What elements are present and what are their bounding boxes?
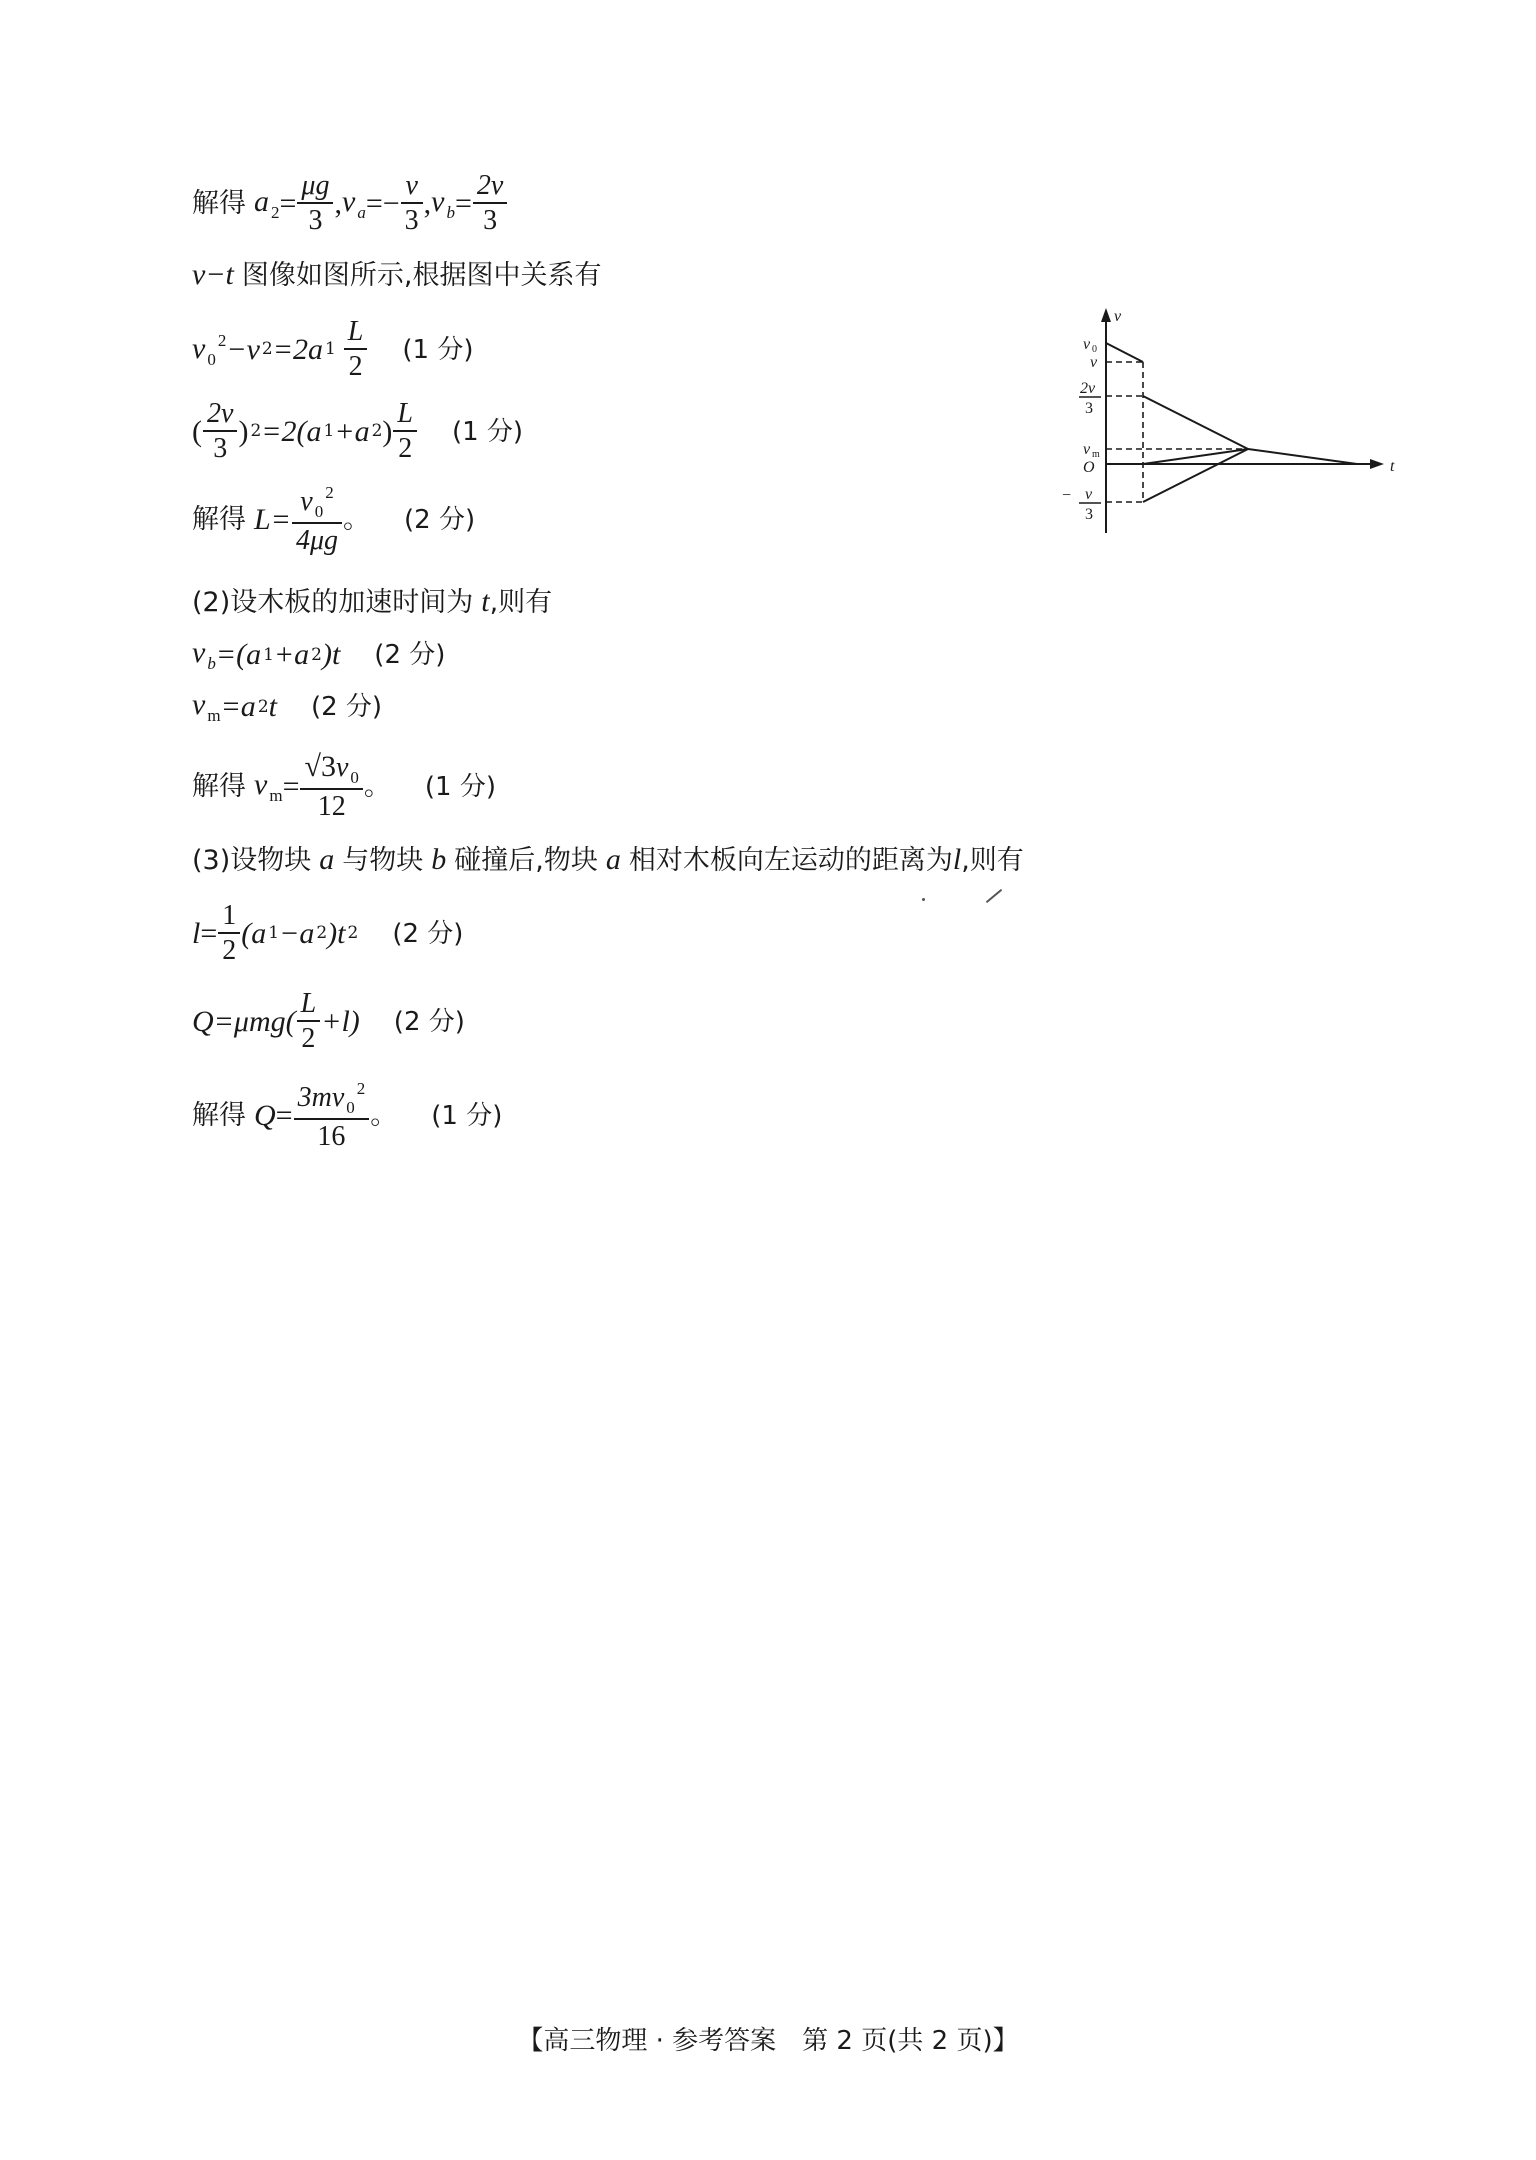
result-Q: 解得 Q = 3mv0216 。 (1 分) [192,1080,502,1151]
svg-text:2v: 2v [1080,380,1096,397]
label-solve: 解得 [192,190,246,217]
score-badge: (1 分) [425,774,496,800]
equation-l: l = 12 (a1 −a2 )t2 (2 分) [192,902,463,965]
v-axis-arrow-icon [1101,308,1111,322]
equation-Q: Q =μmg( L2 +l) (2 分) [192,990,465,1053]
fraction-2v-3: 2v3 [475,172,505,235]
equation-2: ( 2v3 )2 =2(a1 +a2 ) L2 (1 分) [192,400,523,463]
svg-text:v: v [1085,486,1093,503]
fraction-mug-3: μg3 [299,172,331,235]
fraction-v-3: v3 [403,172,421,235]
svg-text:v: v [1083,336,1091,353]
score-badge: (1 分) [452,419,523,445]
vb-symbol: vb [431,187,455,221]
svg-text:3: 3 [1085,400,1093,417]
t-axis-arrow-icon [1370,459,1384,469]
vt-graph-intro: v−t 图像如图所示,根据图中关系有 [192,260,602,290]
svg-text:t: t [1390,458,1395,475]
vt-label: v−t [192,260,234,290]
part-3-intro: (3)设物块 a 与物块 b 碰撞后,物块 a 相对木板向左运动的距离为 l ,… [192,845,1024,875]
scan-mark [986,889,1003,903]
score-badge: (2 分) [311,694,382,720]
score-badge: (2 分) [394,1009,465,1035]
score-badge: (2 分) [404,507,475,533]
score-badge: (2 分) [392,921,463,947]
scan-mark [922,898,925,901]
svg-text:3: 3 [1085,506,1093,523]
svg-text:v: v [1114,308,1122,325]
svg-text:−: − [1062,487,1071,504]
score-badge: (1 分) [402,337,473,363]
score-badge: (1 分) [431,1103,502,1129]
svg-text:O: O [1083,459,1095,476]
part-2-intro: (2)设木板的加速时间为 t ,则有 [192,587,552,617]
result-vm: 解得 vm = √3v012 。 (1 分) [192,752,496,821]
svg-text:v: v [1083,441,1091,458]
va-symbol: va [342,187,366,221]
intro-text: 图像如图所示,根据图中关系有 [242,262,602,289]
a2-symbol: a2 [254,187,280,221]
equation-vm: vm =a2 t (2 分) [192,690,382,724]
equation-vb: vb =(a1 +a2 )t (2 分) [192,638,445,672]
page-footer: 【高三物理 · 参考答案 第 2 页(共 2 页)】 [0,2020,1536,2057]
svg-text:v: v [1090,354,1098,371]
vt-graph: v t v0 v 2v 3 vm O − v 3 [1060,300,1420,540]
solve-a2-va-vb: 解得 a2 = μg3 , va =− v3 , vb = 2v3 [192,172,508,235]
score-badge: (2 分) [374,642,445,668]
result-L: 解得 L= v024μg 。 (2 分) [192,484,475,555]
equation-1: v02 −v2 =2a1 L2 (1 分) [192,318,473,381]
